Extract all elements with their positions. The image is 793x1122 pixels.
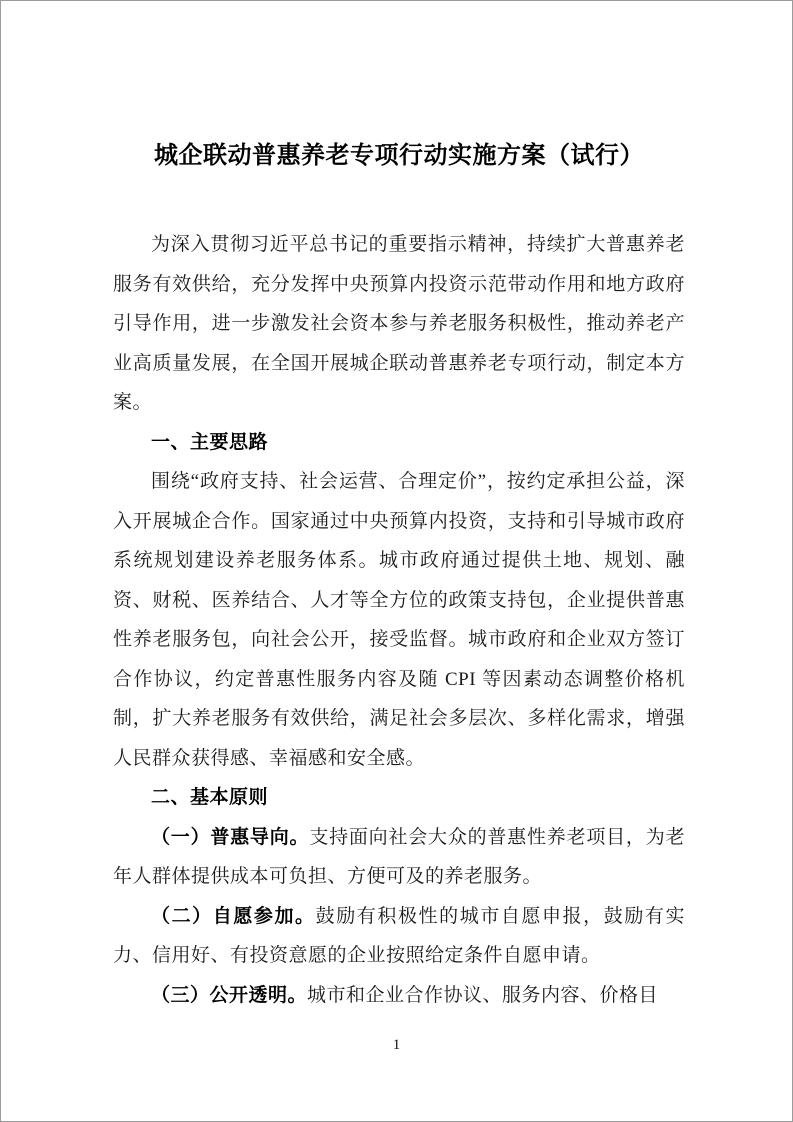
principle-3-text: 城市和企业合作协议、服务内容、价格目 (307, 985, 658, 1006)
principle-item-1: （一）普惠导向。支持面向社会大众的普惠性养老项目，为老年人群体提供成本可负担、方… (113, 818, 685, 897)
section-heading-main-idea: 一、主要思路 (113, 423, 685, 463)
document-content: 城企联动普惠养老专项行动实施方案（试行） 为深入贯彻习近平总书记的重要指示精神，… (113, 139, 685, 1015)
paragraph-intro: 为深入贯彻习近平总书记的重要指示精神，持续扩大普惠养老服务有效供给，充分发挥中央… (113, 225, 685, 423)
document-title: 城企联动普惠养老专项行动实施方案（试行） (113, 139, 685, 173)
principle-3-label: （三）公开透明。 (151, 985, 307, 1006)
principle-item-2: （二）自愿参加。鼓励有积极性的城市自愿申报，鼓励有实力、信用好、有投资意愿的企业… (113, 897, 685, 976)
paragraph-main-idea: 围绕“政府支持、社会运营、合理定价”，按约定承担公益，深入开展城企合作。国家通过… (113, 462, 685, 778)
document-page: 城企联动普惠养老专项行动实施方案（试行） 为深入贯彻习近平总书记的重要指示精神，… (0, 0, 793, 1122)
principle-2-label: （二）自愿参加。 (151, 906, 316, 927)
section-heading-basic-principles: 二、基本原则 (113, 778, 685, 818)
principle-item-3: （三）公开透明。城市和企业合作协议、服务内容、价格目 (113, 976, 685, 1016)
principle-1-label: （一）普惠导向。 (151, 827, 309, 848)
page-number: 1 (1, 1035, 792, 1055)
